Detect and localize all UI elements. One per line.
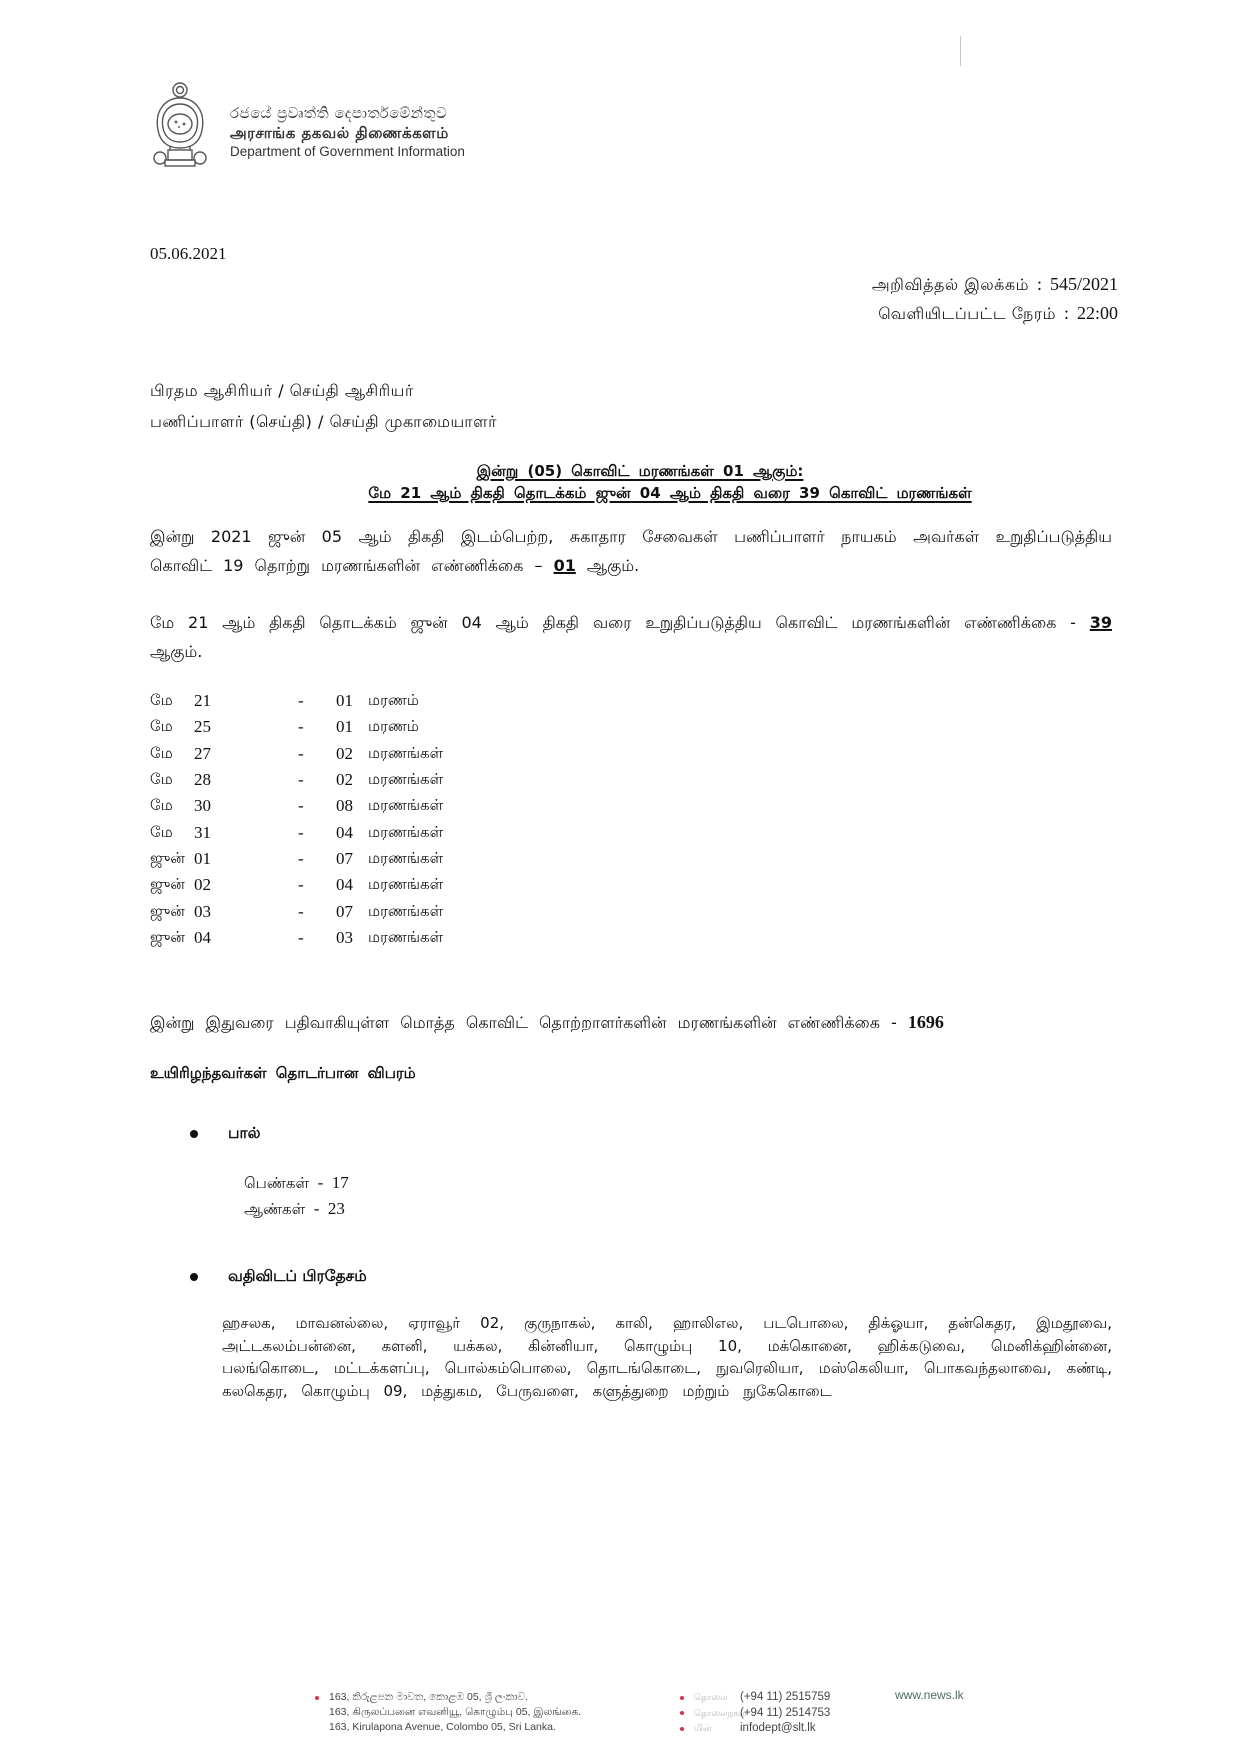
- death-row: மே31-04மரணங்கள்: [150, 819, 443, 845]
- death-day: 31: [194, 823, 298, 843]
- gender-breakdown: பெண்கள் - 17 ஆண்கள் - 23: [244, 1170, 349, 1222]
- bullet-icon: [190, 1273, 198, 1281]
- death-word: மரணம்: [368, 717, 419, 737]
- sri-lanka-emblem-icon: [148, 80, 212, 172]
- phone-number: (+94 11) 2515759: [740, 1690, 830, 1706]
- male-row: ஆண்கள் - 23: [244, 1196, 349, 1222]
- death-count: 07: [336, 902, 368, 922]
- fax-number: (+94 11) 2514753: [740, 1706, 830, 1722]
- addressee-line-2: பணிப்பாளர் (செய்தி) / செய்தி முகாமையாளர்: [150, 406, 497, 437]
- death-row: ஜுன்02-04மரணங்கள்: [150, 872, 443, 898]
- department-names: රජයේ ප්‍රවෘත්ති දෙපාර්තමේන්තුව அரசாங்க த…: [230, 104, 465, 161]
- death-count: 02: [336, 744, 368, 764]
- death-month: மே: [150, 823, 194, 843]
- female-count: 17: [332, 1173, 349, 1192]
- death-row: மே25-01மரணம்: [150, 714, 443, 740]
- death-day: 21: [194, 691, 298, 711]
- death-word: மரணங்கள்: [368, 928, 443, 948]
- death-month: ஜுன்: [150, 849, 194, 869]
- death-dash: -: [298, 928, 336, 948]
- footer-address: 163, කිරුළපන මාවත, කොළඹ 05, ශ්‍රී ලංකාව.…: [315, 1690, 581, 1735]
- female-row: பெண்கள் - 17: [244, 1170, 349, 1196]
- addressee: பிரதம ஆசிரியர் / செய்தி ஆசிரியர் பணிப்பா…: [150, 375, 497, 437]
- scan-artifact-line: [960, 36, 961, 66]
- death-day: 03: [194, 902, 298, 922]
- death-count: 04: [336, 823, 368, 843]
- dept-name-sinhala: රජයේ ප්‍රවෘත්ති දෙපාර්තමේන්තුව: [230, 104, 465, 123]
- release-time-row: வெளியிடப்பட்ட நேரம்:22:00: [872, 299, 1118, 328]
- paragraph-period-deaths: மே 21 ஆம் திகதி தொடக்கம் ஜுன் 04 ஆம் திக…: [150, 608, 1112, 666]
- death-count: 04: [336, 875, 368, 895]
- death-word: மரணங்கள்: [368, 796, 443, 816]
- footer-contact: தொலை(+94 11) 2515759 தொலைநகல்(+94 11) 25…: [680, 1690, 830, 1737]
- death-count: 03: [336, 928, 368, 948]
- total-deaths: இன்று இதுவரை பதிவாகியுள்ள மொத்த கொவிட் த…: [150, 1012, 1112, 1034]
- death-day: 25: [194, 717, 298, 737]
- death-month: மே: [150, 691, 194, 711]
- release-time-label: வெளியிடப்பட்ட நேரம்: [878, 304, 1056, 323]
- death-row: மே27-02மரணங்கள்: [150, 741, 443, 767]
- bullet-icon: [315, 1696, 319, 1700]
- gender-heading: பால்: [190, 1124, 261, 1144]
- death-dash: -: [298, 875, 336, 895]
- death-word: மரணங்கள்: [368, 849, 443, 869]
- death-dash: -: [298, 744, 336, 764]
- death-day: 30: [194, 796, 298, 816]
- period-deaths-count: 39: [1090, 613, 1112, 632]
- death-row: மே21-01மரணம்: [150, 688, 443, 714]
- death-day: 28: [194, 770, 298, 790]
- headline-line-1: இன்று (05) கொவிட் மரணங்கள் 01 ஆகும்:: [0, 460, 1240, 482]
- death-dash: -: [298, 796, 336, 816]
- death-word: மரணம்: [368, 691, 419, 711]
- death-word: மரணங்கள்: [368, 823, 443, 843]
- death-word: மரணங்கள்: [368, 744, 443, 764]
- region-heading: வதிவிடப் பிரதேசம்: [190, 1267, 367, 1287]
- death-dash: -: [298, 691, 336, 711]
- death-dash: -: [298, 902, 336, 922]
- email-address: infodept@slt.lk: [740, 1721, 816, 1737]
- dept-name-tamil: அரசாங்க தகவல் திணைக்களம்: [230, 123, 465, 143]
- death-dash: -: [298, 849, 336, 869]
- today-deaths-count: 01: [554, 556, 576, 575]
- addressee-line-1: பிரதம ஆசிரியர் / செய்தி ஆசிரியர்: [150, 375, 497, 406]
- death-month: ஜுன்: [150, 902, 194, 922]
- death-month: மே: [150, 796, 194, 816]
- email-bullet-icon: [680, 1727, 684, 1731]
- dept-name-english: Department of Government Information: [230, 143, 465, 161]
- male-count: 23: [328, 1199, 345, 1218]
- release-number-label: அறிவித்தல் இலக்கம்: [872, 275, 1029, 294]
- death-day: 01: [194, 849, 298, 869]
- death-row: ஜுன்01-07மரணங்கள்: [150, 846, 443, 872]
- death-day: 02: [194, 875, 298, 895]
- death-count: 01: [336, 717, 368, 737]
- death-count: 01: [336, 691, 368, 711]
- death-count: 08: [336, 796, 368, 816]
- release-number-row: அறிவித்தல் இலக்கம்:545/2021: [872, 270, 1118, 299]
- death-month: ஜுன்: [150, 928, 194, 948]
- bullet-icon: [190, 1130, 198, 1138]
- death-month: ஜுன்: [150, 875, 194, 895]
- release-number: 545/2021: [1050, 274, 1118, 294]
- headline-line-2: மே 21 ஆம் திகதி தொடக்கம் ஜுன் 04 ஆம் திக…: [0, 482, 1240, 504]
- death-word: மரணங்கள்: [368, 902, 443, 922]
- death-month: மே: [150, 717, 194, 737]
- phone-bullet-icon: [680, 1696, 684, 1700]
- death-row: மே30-08மரணங்கள்: [150, 793, 443, 819]
- reference-block: அறிவித்தல் இலக்கம்:545/2021 வெளியிடப்பட்…: [872, 270, 1118, 328]
- death-row: ஜுன்04-03மரணங்கள்: [150, 925, 443, 951]
- deaths-by-date-list: மே21-01மரணம்மே25-01மரணம்மே27-02மரணங்கள்ம…: [150, 688, 443, 951]
- deceased-details-title: உயிரிழந்தவர்கள் தொடர்பான விபரம்: [150, 1064, 416, 1084]
- regions-list: ஹசலக, மாவனல்லை, ஏராவூர் 02, குருநாகல், க…: [222, 1312, 1112, 1402]
- release-time: 22:00: [1077, 303, 1118, 323]
- website-link[interactable]: www.news.lk: [895, 1688, 964, 1702]
- death-dash: -: [298, 770, 336, 790]
- total-deaths-count: 1696: [908, 1012, 944, 1032]
- release-date: 05.06.2021: [150, 244, 227, 264]
- death-month: மே: [150, 744, 194, 764]
- death-count: 02: [336, 770, 368, 790]
- fax-bullet-icon: [680, 1711, 684, 1715]
- death-row: மே28-02மரணங்கள்: [150, 767, 443, 793]
- death-day: 04: [194, 928, 298, 948]
- paragraph-today-deaths: இன்று 2021 ஜுன் 05 ஆம் திகதி இடம்பெற்ற, …: [150, 522, 1112, 580]
- headline: இன்று (05) கொவிட் மரணங்கள் 01 ஆகும்: மே …: [0, 460, 1240, 504]
- death-row: ஜுன்03-07மரணங்கள்: [150, 898, 443, 924]
- death-day: 27: [194, 744, 298, 764]
- death-month: மே: [150, 770, 194, 790]
- death-dash: -: [298, 717, 336, 737]
- death-count: 07: [336, 849, 368, 869]
- death-dash: -: [298, 823, 336, 843]
- death-word: மரணங்கள்: [368, 770, 443, 790]
- death-word: மரணங்கள்: [368, 875, 443, 895]
